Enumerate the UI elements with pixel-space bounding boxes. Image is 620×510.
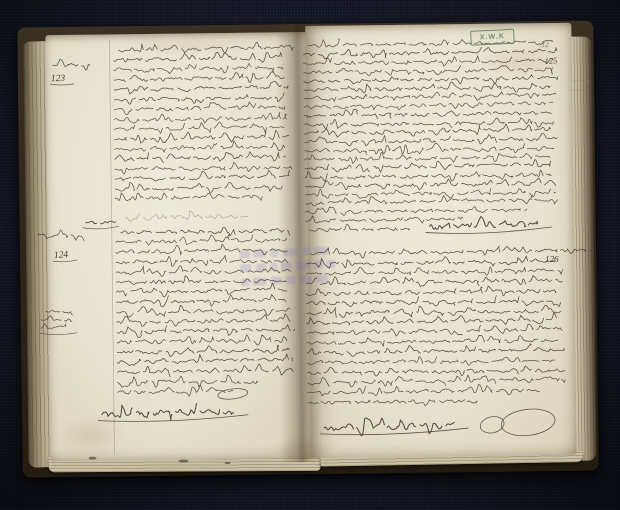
watermark-mark bbox=[253, 249, 266, 258]
handwriting-stroke bbox=[306, 255, 555, 268]
entry-number-126: 126 bbox=[545, 254, 559, 264]
handwriting-stroke bbox=[307, 365, 565, 378]
watermark-mark bbox=[256, 263, 267, 271]
entry-124-text bbox=[116, 227, 296, 402]
handwriting-stroke bbox=[115, 181, 282, 195]
handwriting-stroke bbox=[115, 191, 262, 202]
handwriting-stroke bbox=[307, 334, 558, 347]
entry-123-closing-notes bbox=[83, 210, 248, 229]
left-page-margin-rule bbox=[109, 40, 114, 454]
handwriting-stroke bbox=[121, 227, 290, 238]
watermark-mark bbox=[239, 250, 250, 258]
handwriting-stroke bbox=[118, 375, 258, 388]
entry-124-signature bbox=[98, 403, 248, 422]
handwriting-stroke bbox=[304, 75, 558, 86]
handwriting-stroke bbox=[117, 304, 290, 317]
handwriting-stroke bbox=[305, 205, 526, 216]
handwriting-stroke bbox=[308, 399, 477, 407]
archive-stamp: X.W.K bbox=[470, 29, 515, 46]
entry-126-signature bbox=[320, 406, 557, 440]
handwriting-stroke bbox=[117, 364, 293, 378]
entry-number-123: 123 bbox=[51, 74, 66, 84]
handwriting-stroke bbox=[115, 151, 286, 163]
handwriting-stroke bbox=[305, 194, 557, 207]
watermark-mark bbox=[299, 275, 311, 284]
handwriting-stroke bbox=[304, 46, 557, 58]
handwriting-stroke bbox=[117, 294, 286, 307]
watermark-mark bbox=[296, 261, 311, 270]
handwriting-stroke bbox=[307, 355, 554, 367]
handwriting-stroke bbox=[305, 169, 552, 183]
handwriting-stroke bbox=[304, 101, 553, 111]
handwriting-stroke bbox=[115, 162, 292, 174]
photo-background: 123 124 32 125 126 X.W.K bbox=[0, 0, 620, 510]
handwriting-stroke bbox=[307, 343, 565, 357]
margin-note-entry-124 bbox=[38, 230, 85, 335]
handwriting-stroke bbox=[114, 102, 285, 115]
handwriting-stroke bbox=[308, 36, 552, 47]
handwriting-stroke bbox=[306, 285, 556, 298]
handwriting-stroke bbox=[115, 170, 289, 181]
handwriting-stroke bbox=[304, 65, 553, 77]
watermark-mark bbox=[303, 247, 311, 255]
handwriting-stroke bbox=[115, 130, 289, 143]
handwriting-stroke bbox=[86, 221, 116, 224]
handwriting-stroke bbox=[308, 384, 540, 397]
handwriting-stroke bbox=[114, 72, 285, 84]
handwriting-stroke bbox=[305, 187, 555, 200]
handwriting-stroke bbox=[430, 216, 538, 230]
handwriting-stroke bbox=[38, 230, 84, 242]
margin-note-entry-123 bbox=[53, 59, 90, 71]
handwriting-stroke bbox=[307, 313, 557, 327]
handwriting-stroke bbox=[310, 224, 410, 232]
handwriting-stroke bbox=[306, 274, 562, 288]
handwriting-stroke bbox=[306, 214, 463, 225]
handwriting-stroke bbox=[114, 93, 284, 105]
handwriting-stroke bbox=[305, 150, 550, 164]
watermark-mark bbox=[286, 276, 296, 284]
handwriting-stroke bbox=[117, 345, 289, 357]
handwriting-stroke bbox=[116, 234, 287, 245]
archive-stamp-text: X.W.K bbox=[480, 33, 506, 41]
handwriting-stroke bbox=[305, 133, 558, 146]
entry-126-text bbox=[306, 245, 595, 407]
open-register-book: 123 124 32 125 126 X.W.K bbox=[23, 21, 594, 480]
handwriting-stroke bbox=[307, 324, 562, 338]
handwriting-stroke bbox=[46, 310, 73, 315]
handwriting-stroke bbox=[41, 316, 72, 322]
entry-number-124: 124 bbox=[54, 250, 69, 261]
handwriting-stroke bbox=[304, 81, 550, 95]
handwriting-stroke bbox=[426, 227, 552, 234]
handwriting-stroke bbox=[40, 333, 77, 335]
handwriting-stroke bbox=[114, 63, 284, 75]
handwriting-stroke bbox=[83, 226, 119, 229]
handwriting-stroke bbox=[114, 121, 284, 134]
handwriting-stroke bbox=[305, 178, 556, 192]
handwriting-stroke bbox=[117, 314, 291, 327]
watermark-mark bbox=[314, 261, 324, 269]
handwriting-stroke bbox=[114, 113, 286, 125]
handwriting-stroke bbox=[53, 59, 90, 71]
handwriting-stroke bbox=[118, 385, 233, 397]
watermark-mark bbox=[315, 274, 328, 283]
ink-flourish-oval bbox=[217, 387, 248, 400]
handwriting-layer: 123 124 32 125 126 bbox=[23, 21, 594, 480]
handwriting-stroke bbox=[117, 334, 287, 347]
handwriting-stroke bbox=[304, 117, 553, 130]
handwriting-stroke bbox=[114, 81, 289, 94]
handwriting-stroke bbox=[305, 142, 554, 156]
handwriting-stroke bbox=[304, 91, 556, 103]
entry-number-125: 125 bbox=[544, 55, 558, 66]
ink-flourish-oval bbox=[500, 406, 557, 438]
handwriting-stroke bbox=[102, 403, 234, 421]
handwriting-stroke bbox=[304, 55, 554, 68]
handwriting-stroke bbox=[308, 374, 566, 387]
handwriting-stroke bbox=[114, 52, 282, 65]
handwriting-stroke bbox=[307, 295, 561, 310]
handwriting-stroke bbox=[324, 417, 454, 436]
handwriting-stroke bbox=[117, 354, 293, 366]
handwriting-stroke bbox=[305, 159, 551, 172]
handwriting-stroke bbox=[304, 107, 551, 120]
handwriting-stroke bbox=[307, 305, 561, 319]
entry-123-text bbox=[113, 42, 295, 202]
handwriting-stroke bbox=[41, 323, 66, 328]
handwriting-stroke bbox=[126, 210, 248, 221]
watermark-mark bbox=[241, 278, 250, 286]
entry-125-text bbox=[303, 36, 559, 225]
